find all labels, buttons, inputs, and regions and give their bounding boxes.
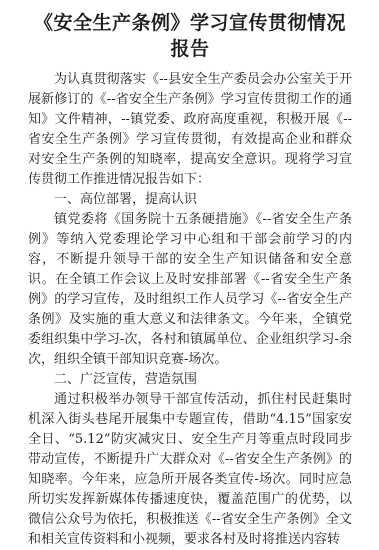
document-page: 《安全生产条例》学习宣传贯彻情况报告 为认真贯彻落实《--县安全生产委员会办公室… — [0, 0, 379, 550]
paragraph-section-2: 通过积极举办领导干部宣传活动，抓住村民赶集时机深入街头巷尾开展集中专题宣传，借助… — [28, 390, 352, 550]
document-body: 为认真贯彻落实《--县安全生产委员会办公室关于开展新修订的《--省安全生产条例》… — [28, 70, 352, 550]
paragraph-section-1: 镇党委将《国务院十五条硬措施》《--省安全生产条例》等纳入党委理论学习中心组和干… — [28, 210, 352, 370]
document-title: 《安全生产条例》学习宣传贯彻情况报告 — [28, 10, 352, 62]
section-heading-2: 二、广泛宣传，营造氛围 — [28, 370, 352, 390]
page-number: 1 — [0, 534, 379, 544]
section-heading-1: 一、高位部署，提高认识 — [28, 190, 352, 210]
paragraph-intro: 为认真贯彻落实《--县安全生产委员会办公室关于开展新修订的《--省安全生产条例》… — [28, 70, 352, 190]
